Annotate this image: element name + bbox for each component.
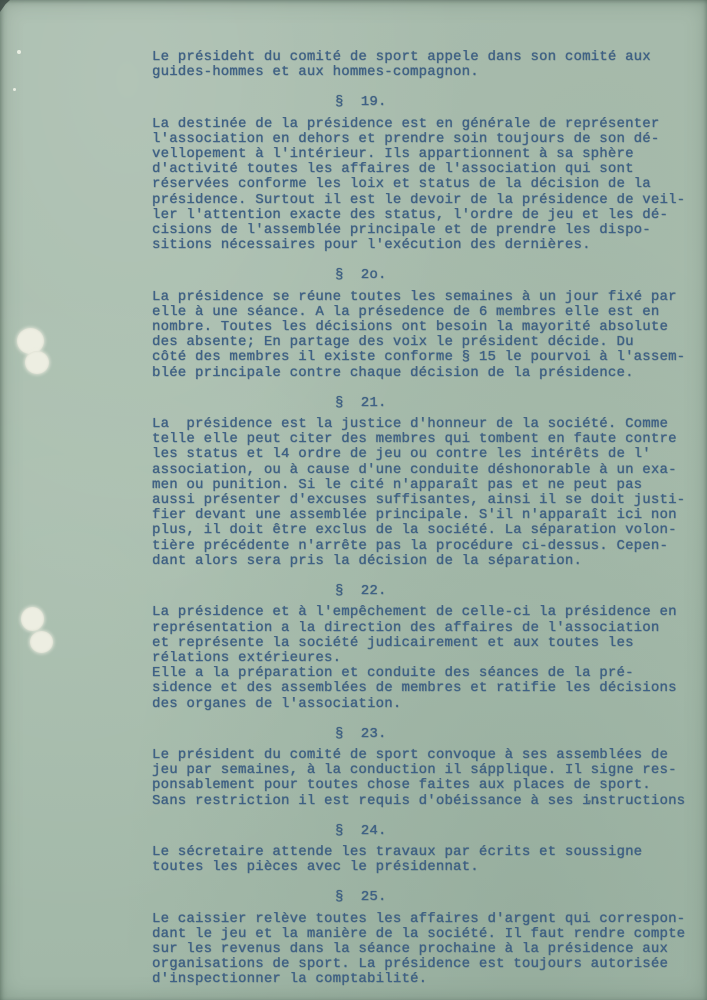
- typed-line: jeu par semaines, à la conduction il sáp…: [152, 763, 707, 778]
- typed-line: fier devant une assemblée principale. S'…: [152, 508, 707, 523]
- section-21: § 21. La présidence est la justice d'hon…: [152, 396, 707, 569]
- section-25: § 25. Le caissier relève toutes les affa…: [152, 890, 707, 987]
- section-22: § 22. La présidence et à l'empêchement d…: [152, 584, 707, 712]
- typed-line: Elle a la préparation et conduite des sé…: [152, 666, 707, 681]
- typed-line: Le sécretaire attende les travaux par éc…: [152, 845, 707, 860]
- typed-line: dant alors sera pris la décision de la s…: [152, 554, 707, 569]
- section-body-22: La présidence et à l'empêchement de cell…: [152, 605, 707, 711]
- typed-line: tière précédente n'arrête pas la procédu…: [152, 539, 707, 554]
- typed-line: l'association en dehors et prendre soin …: [152, 132, 707, 147]
- punch-hole: [30, 631, 53, 653]
- typed-line: côté des membres il existe conforme § 15…: [152, 350, 707, 365]
- typed-line: sidence et des assemblées de membres et …: [152, 681, 707, 696]
- section-19: § 19. La destinée de la présidence est e…: [152, 95, 707, 253]
- typed-text-block: Le présideht du comité de sport appele d…: [152, 50, 707, 988]
- section-heading-20: § 2o.: [152, 268, 707, 283]
- typed-line: association, ou à cause d'une conduite d…: [152, 463, 707, 478]
- typed-line: nombre. Toutes les décisions ont besoin …: [152, 320, 707, 335]
- section-body-23: Le président du comité de sport convoque…: [152, 748, 707, 809]
- section-23: § 23. Le président du comité de sport co…: [152, 727, 707, 809]
- typed-line: La présidence et à l'empêchement de cell…: [152, 605, 707, 620]
- typed-line: organisations de sport. La présidence es…: [152, 957, 707, 972]
- typed-line: telle elle peut citer des membres qui to…: [152, 432, 707, 447]
- typed-line: Le présideht du comité de sport appele d…: [152, 50, 707, 65]
- typed-line: d'activité toutes les affaires de l'asso…: [152, 162, 707, 177]
- section-body-21: La présidence est la justice d'honneur d…: [152, 417, 707, 569]
- typed-line: Sans restriction il est requis d'obéissa…: [152, 794, 707, 809]
- typed-line: sur les revenus dans la séance prochaine…: [152, 942, 707, 957]
- typed-line: des absente; En partage des voix le prés…: [152, 335, 707, 350]
- section-body-20: La présidence se réune toutes les semain…: [152, 290, 707, 381]
- paper-corner-mark: [0, 0, 10, 12]
- typed-line: présidence. Surtout il est le devoir de …: [152, 193, 707, 208]
- typed-line: men ou punition. Si le cité n'apparaît p…: [152, 478, 707, 493]
- section-20: § 2o. La présidence se réune toutes les …: [152, 268, 707, 380]
- typed-line: d'inspectionner la comptabilité.: [152, 972, 707, 987]
- typed-line: sitions nécessaires pour l'exécution des…: [152, 238, 707, 253]
- section-body-24: Le sécretaire attende les travaux par éc…: [152, 845, 707, 875]
- punch-hole: [25, 351, 49, 374]
- typed-line: toutes les pièces avec le présidennat.: [152, 860, 707, 875]
- typed-line: La présidence se réune toutes les semain…: [152, 290, 707, 305]
- typed-line: vellopement à l'intérieur. Ils appartion…: [152, 147, 707, 162]
- section-heading-21: § 21.: [152, 396, 707, 411]
- typed-line: Le caissier relève toutes les affaires d…: [152, 912, 707, 927]
- section-body-19: La destinée de la présidence est en géné…: [152, 117, 707, 254]
- paper-speck: [13, 88, 16, 91]
- punch-hole: [17, 328, 44, 354]
- intro-paragraph: Le présideht du comité de sport appele d…: [152, 50, 707, 80]
- section-heading-23: § 23.: [152, 727, 707, 742]
- typed-line: elle à une séance. A la présedence de 6 …: [152, 305, 707, 320]
- typed-line: ponsablement pour toutes chose faites au…: [152, 778, 707, 793]
- section-heading-25: § 25.: [152, 890, 707, 905]
- typed-line: représentation a la direction des affair…: [152, 621, 707, 636]
- typed-line: rélations extérieures.: [152, 651, 707, 666]
- typed-line: réservées conforme les loix et status de…: [152, 177, 707, 192]
- scanned-document-page: Le présideht du comité de sport appele d…: [0, 0, 707, 1000]
- typed-line: Le président du comité de sport convoque…: [152, 748, 707, 763]
- typed-line: aussi présenter d'excuses suffisantes, a…: [152, 493, 707, 508]
- typed-line: les status et l4 ordre de jeu ou contre …: [152, 447, 707, 462]
- typed-line: cisions de l'assemblée principale et de …: [152, 223, 707, 238]
- punch-hole: [21, 607, 44, 631]
- section-heading-22: § 22.: [152, 584, 707, 599]
- section-body-25: Le caissier relève toutes les affaires d…: [152, 912, 707, 988]
- typed-line: des organes de l'association.: [152, 697, 707, 712]
- paper-speck: [17, 50, 21, 54]
- typed-line: guides-hommes et aux hommes-compagnon.: [152, 65, 707, 80]
- typed-line: blée principale contre chaque décision d…: [152, 366, 707, 381]
- section-24: § 24. Le sécretaire attende les travaux …: [152, 824, 707, 876]
- section-heading-19: § 19.: [152, 95, 707, 110]
- typed-line: La destinée de la présidence est en géné…: [152, 117, 707, 132]
- section-heading-24: § 24.: [152, 824, 707, 839]
- typed-line: dant le jeu et la manière de la société.…: [152, 927, 707, 942]
- typed-line: plus, il doit être exclus de la société.…: [152, 523, 707, 538]
- typed-line: ler l'attention exacte des status, l'ord…: [152, 208, 707, 223]
- typed-line: et représente la société judicairement e…: [152, 636, 707, 651]
- typed-line: La présidence est la justice d'honneur d…: [152, 417, 707, 432]
